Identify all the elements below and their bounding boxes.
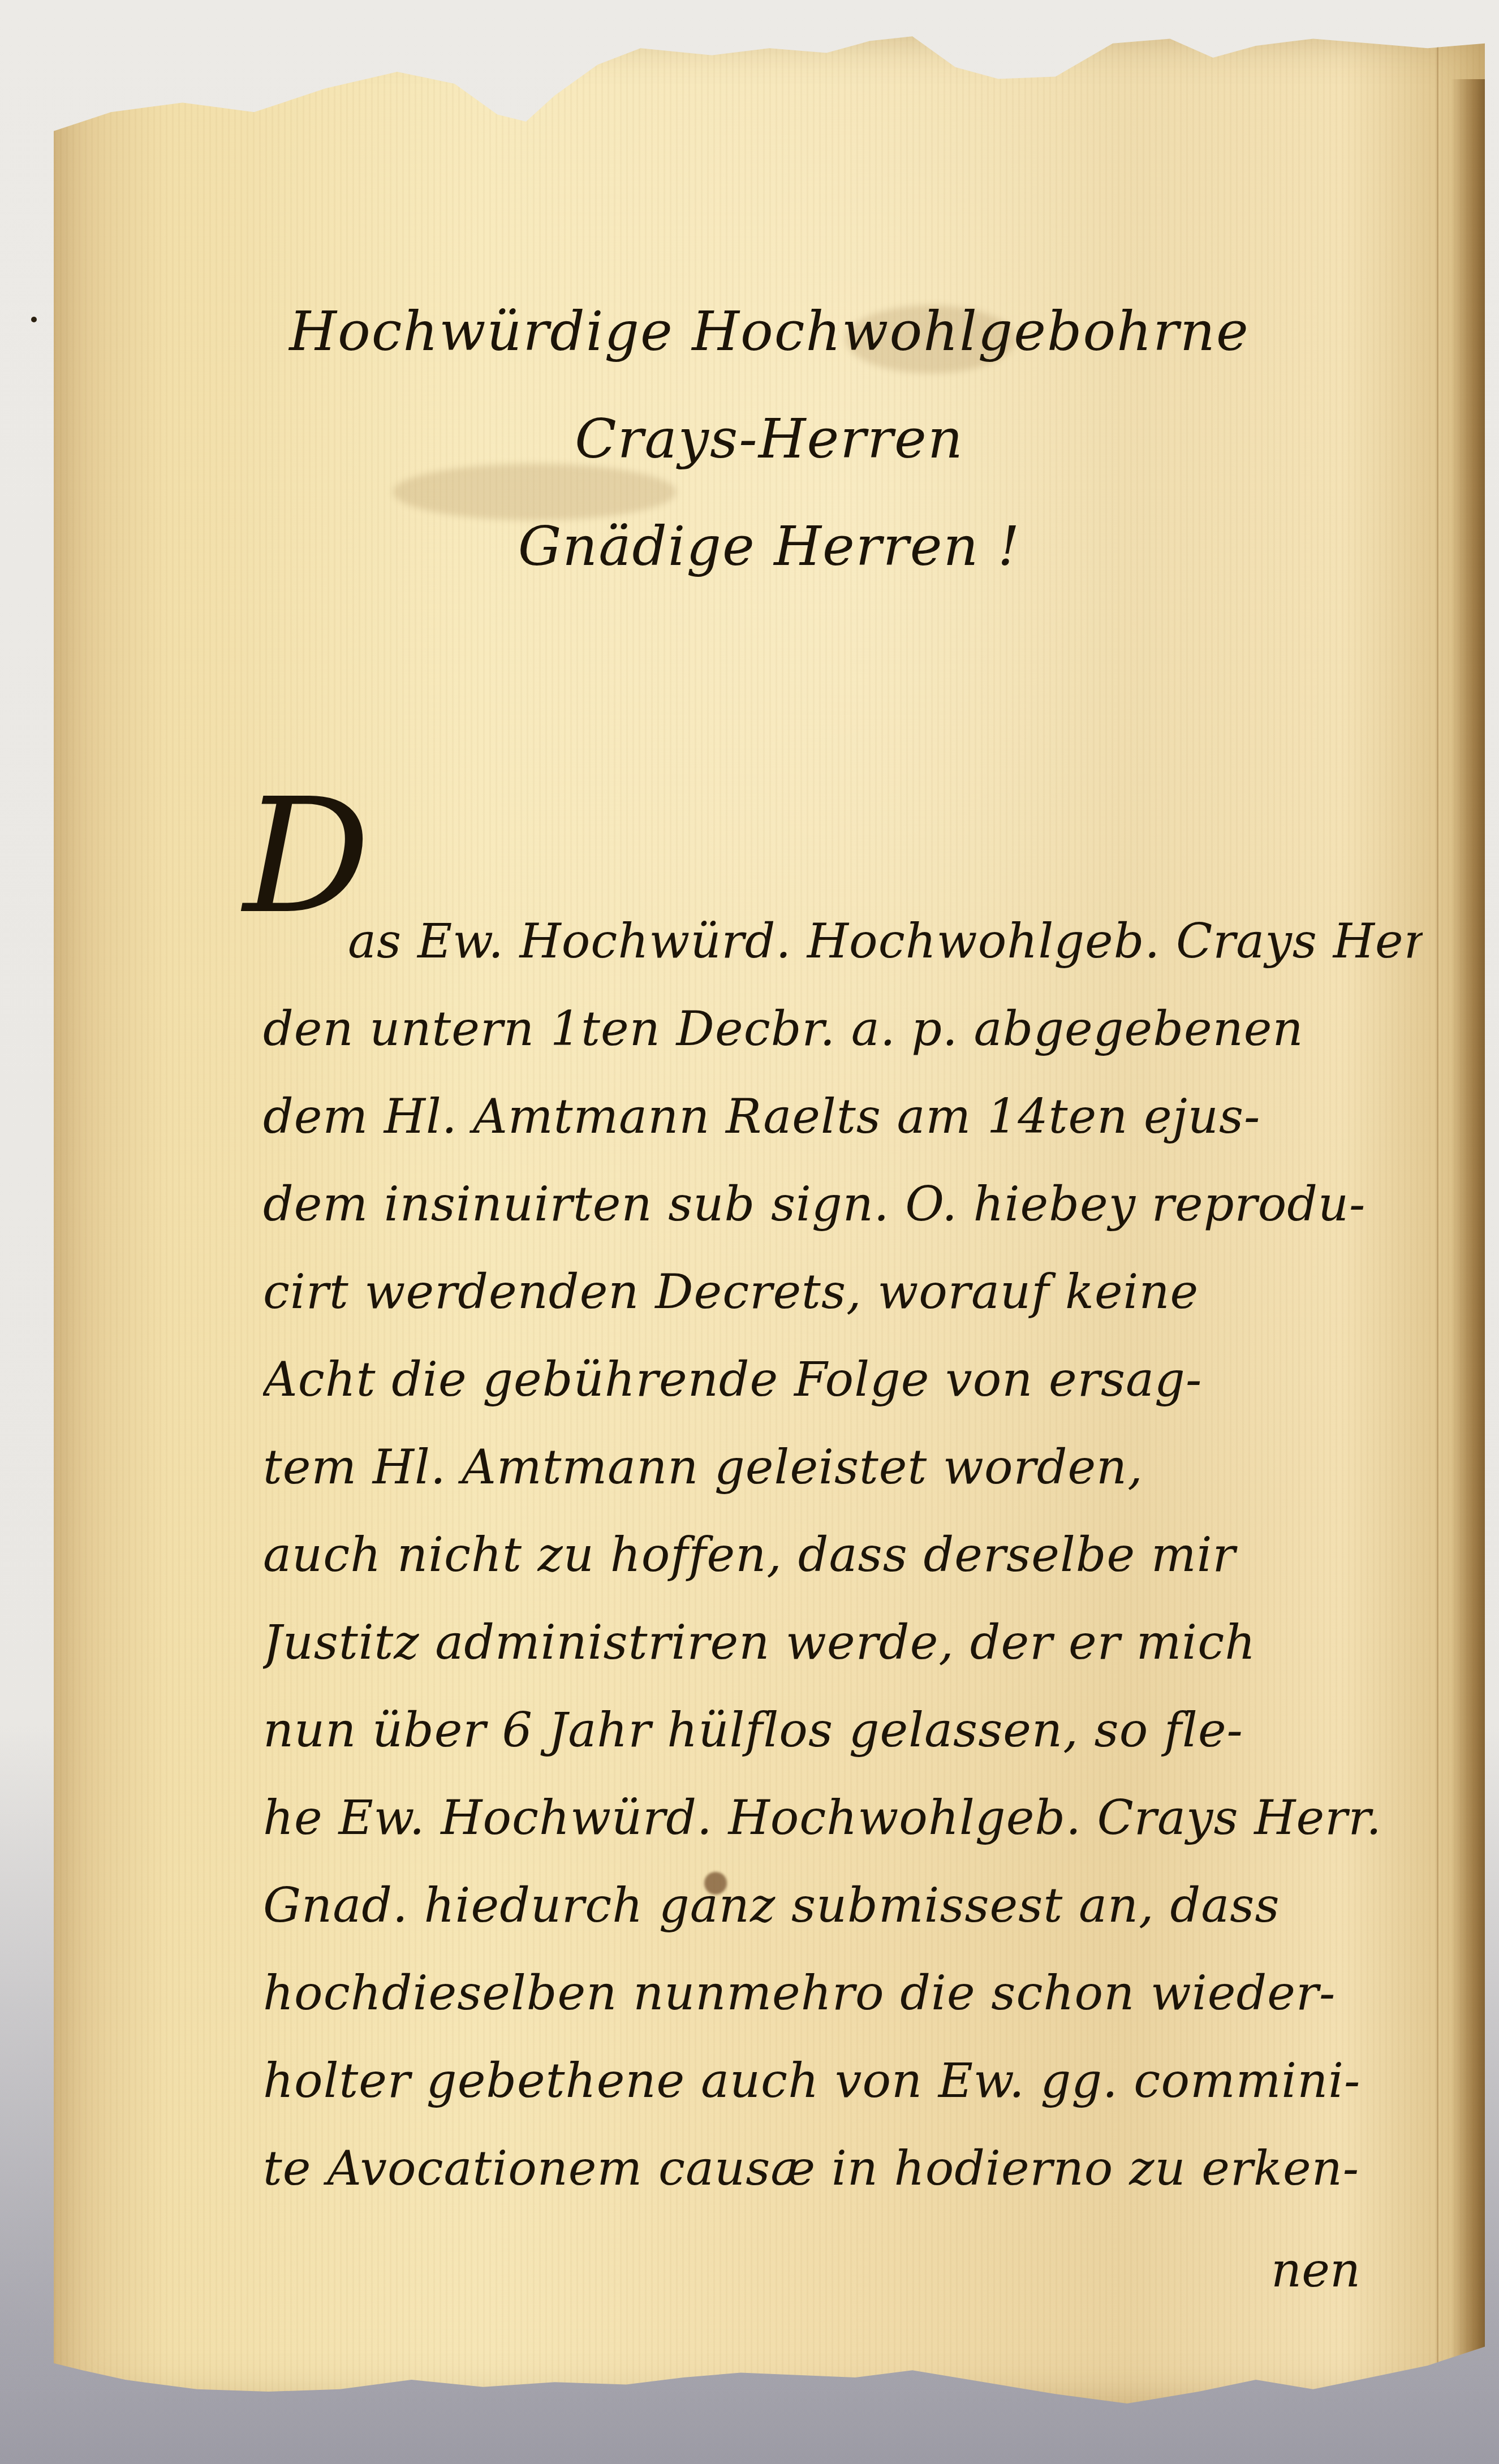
body-line-9: Justitz administriren werde, der er mich xyxy=(263,1615,1423,1670)
body-line-1: as Ew. Hochwürd. Hochwohlgeb. Crays Herr… xyxy=(348,913,1423,969)
body-line-5: cirt werdenden Decrets, worauf keine xyxy=(263,1264,1423,1319)
body-line-3: dem Hl. Amtmann Raelts am 14ten ejus- xyxy=(263,1089,1423,1144)
body-line-10: nun über 6 Jahr hülflos gelassen, so fle… xyxy=(263,1702,1423,1758)
page-fold-line xyxy=(1437,34,1438,2403)
body-line-14: holter gebethene auch von Ew. gg. commin… xyxy=(263,2053,1423,2108)
body-line-4: dem insinuirten sub sign. O. hiebey repr… xyxy=(263,1176,1423,1232)
body-line-2: den untern 1ten Decbr. a. p. abgegebenen xyxy=(263,1001,1423,1056)
paper-stain xyxy=(393,464,676,520)
salutation-line-2: Crays-Herren xyxy=(54,407,1485,471)
body-line-7: tem Hl. Amtmann geleistet worden, xyxy=(263,1439,1423,1495)
decorated-initial: D xyxy=(243,778,371,936)
body-line-13: hochdieselben nunmehro die schon wieder- xyxy=(263,1965,1423,2021)
body-line-11: he Ew. Hochwürd. Hochwohlgeb. Crays Herr… xyxy=(263,1790,1423,1845)
body-line-12: Gnad. hiedurch ganz submissest an, dass xyxy=(263,1878,1423,1933)
catchword: nen xyxy=(1271,2242,1360,2298)
body-line-15: te Avocationem causæ in hodierno zu erke… xyxy=(263,2141,1423,2196)
salutation-line-1: Hochwürdige Hochwohlgebohrne xyxy=(54,300,1485,363)
manuscript-page: Hochwürdige Hochwohlgebohrne Crays-Herre… xyxy=(54,34,1485,2403)
body-line-8: auch nicht zu hoffen, dass derselbe mir xyxy=(263,1527,1423,1582)
margin-mark xyxy=(31,317,37,322)
body-line-6: Acht die gebührende Folge von ersag- xyxy=(263,1352,1423,1407)
salutation-line-3: Gnädige Herren ! xyxy=(54,515,1485,578)
